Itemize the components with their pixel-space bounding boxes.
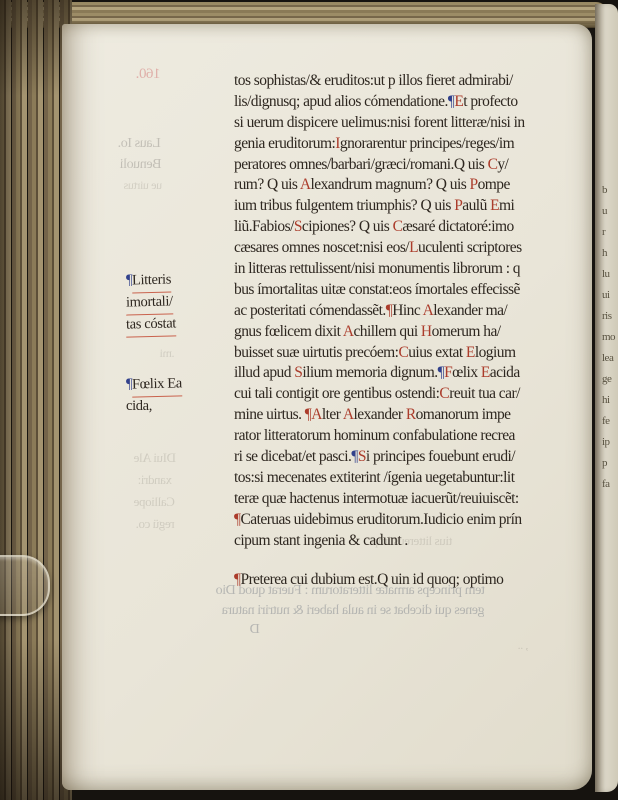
text-segment: A xyxy=(311,406,322,423)
facing-page-fragment: ge xyxy=(602,369,615,390)
text-segment: F xyxy=(444,364,452,381)
text-segment: A xyxy=(343,323,354,340)
text-segment: y/ xyxy=(497,156,508,173)
text-line: peratores omnes/barbari/græci/romani.Q u… xyxy=(234,155,525,176)
text-line: ac posteritati cómendassẽt.¶Hinc Alexand… xyxy=(234,301,525,322)
text-segment: gnus fœlicem dixit xyxy=(234,323,343,340)
text-line: buisset suæ uirtutis precóem:Cuius extat… xyxy=(234,343,525,364)
text-segment: cæsares omnes noscet:nisi eos/ xyxy=(234,239,409,256)
text-segment: E xyxy=(466,344,475,361)
text-segment: tos sophistas/& eruditos:ut p illos fier… xyxy=(234,72,513,89)
text-segment: i principes fouebunt erudi/ xyxy=(366,448,515,465)
text-segment: reuit tua car/ xyxy=(449,385,520,402)
text-segment: A xyxy=(300,176,311,193)
margin-note-line: ¶Fœlix Ea xyxy=(126,374,182,396)
book-scan: burhluuirismoleagehifeippfa 160.Laus Io.… xyxy=(0,0,618,800)
text-segment: lexander xyxy=(354,406,406,423)
text-segment: aulũ xyxy=(462,197,490,214)
facing-page-fragment: b xyxy=(602,180,615,201)
margin-note-line: tas cóstat xyxy=(126,314,176,336)
margin-note-line: ¶Litteris xyxy=(126,270,176,292)
text-segment: E xyxy=(490,197,499,214)
text-segment: in litteras rettulissent/nisi monumentis… xyxy=(234,260,520,277)
text-line: rator litteratorum hominum confabulation… xyxy=(234,426,525,447)
facing-page-fragment: fa xyxy=(602,474,615,495)
text-segment: C xyxy=(393,218,403,235)
text-segment: chillem qui xyxy=(353,323,420,340)
facing-page-fragment: lu xyxy=(602,264,615,285)
text-segment: bus ímortalitas uitæ constat:eos ímortal… xyxy=(234,281,520,298)
text-segment: E xyxy=(481,364,490,381)
text-segment: lexander ma/ xyxy=(433,302,507,319)
text-line: in litteras rettulissent/nisi monumentis… xyxy=(234,259,525,280)
text-segment: Litteris xyxy=(132,270,172,294)
text-segment: mi xyxy=(499,197,514,214)
text-segment: ilium memoria dignum. xyxy=(302,364,437,381)
text-segment: æsaré dictatoré:imo xyxy=(402,218,513,235)
text-segment: Cateruas uidebimus eruditorum.Iudicio en… xyxy=(240,511,521,528)
text-segment: C xyxy=(439,385,449,402)
text-segment: teræ quæ hactenus intermotuæ iacuerũt/re… xyxy=(234,490,519,507)
text-line: illud apud Silium memoria dignum.¶Fœlix … xyxy=(234,363,525,384)
text-segment: A xyxy=(343,406,354,423)
text-segment: ri se dicebat/et pasci. xyxy=(234,448,351,465)
text-segment: omerum ha/ xyxy=(432,323,501,340)
text-segment: ium tribus fulgentem triumphis? Q uis xyxy=(234,197,454,214)
text-segment: cui tali contigit ore gentibus ostendi: xyxy=(234,385,439,402)
facing-page-text-fragments: burhluuirismoleagehifeippfa xyxy=(602,180,615,495)
text-segment: S xyxy=(358,448,366,465)
text-line: genia eruditorum:Ignorarentur principes/… xyxy=(234,134,525,155)
text-line: bus ímortalitas uitæ constat:eos ímortal… xyxy=(234,280,525,301)
main-text-block: tos sophistas/& eruditos:ut p illos fier… xyxy=(234,71,525,591)
facing-page-fragment: u xyxy=(602,201,615,222)
text-segment: cida, xyxy=(126,398,152,414)
text-segment: rum? Q uis xyxy=(234,176,300,193)
text-line: teræ quæ hactenus intermotuæ iacuerũt/re… xyxy=(234,489,525,510)
text-segment: reterea cui dubium est.Q uin id quoq; op… xyxy=(249,571,504,588)
text-segment: si uerum dispicere uelimus:nisi forent l… xyxy=(234,114,525,131)
facing-page-fragment: p xyxy=(602,453,615,474)
book-clasp xyxy=(0,555,50,616)
text-segment: acida xyxy=(490,364,520,381)
text-segment: peratores omnes/barbari/græci/romani.Q u… xyxy=(234,156,488,173)
facing-page-fragment: fe xyxy=(602,411,615,432)
text-line: ri se dicebat/et pasci.¶Si principes fou… xyxy=(234,447,525,468)
facing-page-sliver: burhluuirismoleagehifeippfa xyxy=(595,4,618,792)
text-segment: imortali/ xyxy=(126,291,173,315)
text-line: ¶Cateruas uidebimus eruditorum.Iudicio e… xyxy=(234,510,525,531)
text-line: si uerum dispicere uelimus:nisi forent l… xyxy=(234,113,525,134)
text-segment: R xyxy=(406,406,416,423)
text-segment: C xyxy=(398,344,408,361)
text-segment: tos:si mecenates extiterint /ígenia uege… xyxy=(234,469,514,486)
facing-page-fragment: r xyxy=(602,222,615,243)
text-segment: œlix xyxy=(452,364,481,381)
text-line: cui tali contigit ore gentibus ostendi:C… xyxy=(234,384,525,405)
facing-page-fragment: h xyxy=(602,243,615,264)
text-segment: illud apud xyxy=(234,364,294,381)
facing-page-fragment: ris xyxy=(602,306,615,327)
text-line: ium tribus fulgentem triumphis? Q uis Pa… xyxy=(234,196,525,217)
text-segment: A xyxy=(423,302,434,319)
text-segment: tas cóstat xyxy=(126,313,177,337)
text-segment: ompe xyxy=(478,176,510,193)
text-segment: mine uirtus. xyxy=(234,406,305,423)
text-segment: uius extat xyxy=(408,344,466,361)
text-segment: lexandrum magnum? Q uis xyxy=(311,176,470,193)
text-line: tos sophistas/& eruditos:ut p illos fier… xyxy=(234,71,525,92)
text-segment: uculenti scriptores xyxy=(418,239,522,256)
margin-note-line: imortali/ xyxy=(126,292,176,314)
text-segment: buisset suæ uirtutis precóem: xyxy=(234,344,398,361)
text-segment: rator litteratorum hominum confabulation… xyxy=(234,427,515,444)
text-segment: genia eruditorum: xyxy=(234,135,335,152)
text-segment: P xyxy=(240,571,248,588)
text-segment: t profecto xyxy=(463,93,517,110)
text-segment: cipiones? Q uis xyxy=(302,218,393,235)
text-line: gnus fœlicem dixit Achillem qui Homerum … xyxy=(234,322,525,343)
text-line: liũ.Fabios/Scipiones? Q uis Cæsaré dicta… xyxy=(234,217,525,238)
text-segment: H xyxy=(392,302,403,319)
text-segment: lter xyxy=(322,406,343,423)
facing-page-fragment: hi xyxy=(602,390,615,411)
facing-page-fragment: lea xyxy=(602,348,615,369)
text-line: cipum stant ingenia & cadunt . xyxy=(234,531,525,552)
text-line: cæsares omnes noscet:nisi eos/Luculenti … xyxy=(234,238,525,259)
text-segment: liũ.Fabios/ xyxy=(234,218,294,235)
text-segment: Fœlix Ea xyxy=(132,373,183,397)
text-segment: cipum stant ingenia & cadunt . xyxy=(234,532,408,549)
facing-page-fragment: ip xyxy=(602,432,615,453)
text-segment: omanorum impe xyxy=(416,406,511,423)
text-line: ¶Preterea cui dubium est.Q uin id quoq; … xyxy=(234,570,525,591)
text-line: rum? Q uis Alexandrum magnum? Q uis Pomp… xyxy=(234,175,525,196)
margin-note: ¶Fœlix Eacida, xyxy=(126,374,182,418)
facing-page-fragment: ui xyxy=(602,285,615,306)
text-segment: E xyxy=(454,93,463,110)
text-segment: lis/dignusq; apud alios cómendatione. xyxy=(234,93,448,110)
text-segment: ac posteritati cómendassẽt. xyxy=(234,302,386,319)
margin-note: ¶Litterisimortali/tas cóstat xyxy=(126,270,176,335)
text-line: tos:si mecenates extiterint /ígenia uege… xyxy=(234,468,525,489)
text-segment: H xyxy=(421,323,432,340)
text-line: lis/dignusq; apud alios cómendatione.¶Et… xyxy=(234,92,525,113)
text-segment: inc xyxy=(403,302,423,319)
facing-page-fragment: mo xyxy=(602,327,615,348)
margin-note-line: cida, xyxy=(126,396,182,418)
text-segment: logium xyxy=(475,344,516,361)
text-segment: L xyxy=(409,239,418,256)
text-segment: P xyxy=(470,176,478,193)
text-segment: S xyxy=(294,218,302,235)
text-segment: C xyxy=(488,156,498,173)
text-line: mine uirtus. ¶Alter Alexander Romanorum … xyxy=(234,405,525,426)
text-segment: gnorarentur principes/reges/im xyxy=(340,135,514,152)
